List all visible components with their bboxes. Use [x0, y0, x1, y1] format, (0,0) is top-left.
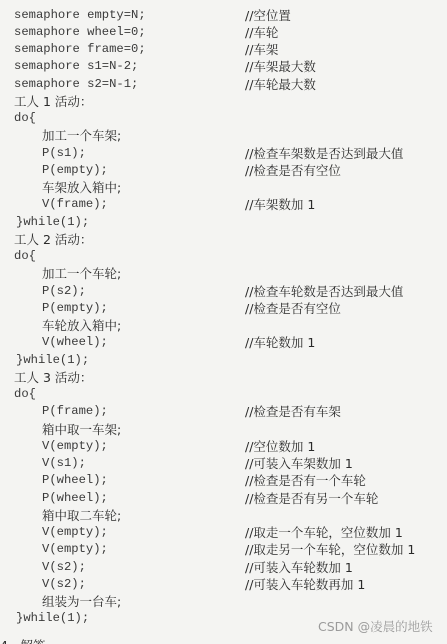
code-comment: //车轮	[245, 24, 278, 41]
code-comment: //检查车架数是否达到最大值	[245, 145, 403, 162]
code-line: P(frame);	[42, 403, 108, 420]
code-comment: //车架最大数	[245, 58, 316, 75]
code-line: semaphore frame=0;	[14, 41, 146, 58]
code-comment: //空位数加 1	[245, 438, 315, 455]
code-line: V(s2);	[42, 559, 86, 576]
code-comment: //检查是否有空位	[245, 162, 341, 179]
code-line: V(empty);	[42, 524, 108, 541]
code-line: V(s2);	[42, 576, 86, 593]
code-comment: //可装入车轮数加 1	[245, 559, 353, 576]
code-line: V(s1);	[42, 455, 86, 472]
text-line: 工人 1 活动：	[14, 93, 92, 110]
text-line: 箱中取一车架;	[42, 421, 121, 438]
code-line: }while(1);	[16, 214, 89, 231]
text-line: 工人 3 活动：	[14, 369, 92, 386]
code-line: }while(1);	[16, 352, 89, 369]
code-comment: //车轮数加 1	[245, 334, 315, 351]
code-comment: //车架	[245, 41, 278, 58]
code-comment: //可装入车轮数再加 1	[245, 576, 365, 593]
code-line: V(empty);	[42, 541, 108, 558]
code-comment: //空位置	[245, 7, 291, 24]
code-line: P(s1);	[42, 145, 86, 162]
code-comment: //检查是否有一个车轮	[245, 472, 366, 489]
code-comment: //可装入车架数加 1	[245, 455, 353, 472]
text-line: 加工一个车架;	[42, 127, 121, 144]
code-line: semaphore s2=N-1;	[14, 76, 138, 93]
text-line: 车轮放入箱中;	[42, 317, 121, 334]
code-comment: //检查是否有车架	[245, 403, 341, 420]
text-line: 车架放入箱中;	[42, 179, 121, 196]
code-line: V(empty);	[42, 438, 108, 455]
code-line: do{	[14, 110, 36, 127]
code-line: do{	[14, 248, 36, 265]
code-line: do{	[14, 386, 36, 403]
text-line: 工人 2 活动：	[14, 231, 92, 248]
text-line: 加工一个车轮;	[42, 265, 121, 282]
code-line: semaphore empty=N;	[14, 7, 146, 24]
code-line: P(empty);	[42, 300, 108, 317]
code-comment: //车架数加 1	[245, 196, 315, 213]
code-comment: //检查是否有空位	[245, 300, 341, 317]
code-line: semaphore s1=N-2;	[14, 58, 138, 75]
code-line: V(wheel);	[42, 334, 108, 351]
text-line: 组装为一台车;	[42, 593, 121, 610]
code-line: }while(1);	[16, 610, 89, 627]
code-line: P(empty);	[42, 162, 108, 179]
text-line: 箱中取二车轮;	[42, 507, 121, 524]
code-comment: //取走一个车轮，空位数加 1	[245, 524, 403, 541]
code-line: semaphore wheel=0;	[14, 24, 146, 41]
code-comment: //车轮最大数	[245, 76, 316, 93]
code-line: P(wheel);	[42, 490, 108, 507]
code-comment: //检查车轮数是否达到最大值	[245, 283, 403, 300]
code-listing: semaphore empty=N;//空位置semaphore wheel=0…	[0, 0, 447, 644]
code-line: P(s2);	[42, 283, 86, 300]
code-line: P(wheel);	[42, 472, 108, 489]
code-comment: //取走另一个车轮，空位数加 1	[245, 541, 415, 558]
code-comment: //检查是否有另一个车轮	[245, 490, 378, 507]
csdn-watermark: CSDN @凌晨的地铁	[318, 617, 433, 635]
cutoff-next-section: 4．解答	[0, 636, 45, 644]
code-line: V(frame);	[42, 196, 108, 213]
